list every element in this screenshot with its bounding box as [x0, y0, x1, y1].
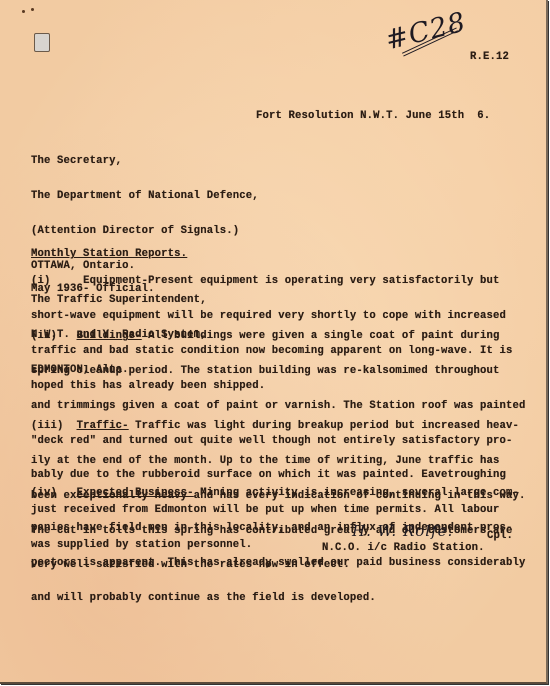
- dateline: Fort Resolution N.W.T. June 15th 6.: [256, 111, 490, 123]
- section-text: spring cleanup period. The station build…: [31, 366, 526, 378]
- section-text: Traffic was light during breakup period …: [129, 420, 519, 432]
- section-heading: Buildings-: [77, 330, 142, 342]
- section-text: pectors is apparent. This has already sw…: [31, 558, 526, 570]
- addressee-line: The Department of National Defence,: [31, 191, 259, 203]
- letter-page: #C28 R.E.12 Fort Resolution N.W.T. June …: [0, 0, 548, 684]
- ink-speck: [31, 8, 34, 11]
- section-number: (iv): [31, 487, 57, 499]
- section-number: (ii): [31, 330, 57, 342]
- punch-hole: [34, 33, 50, 52]
- section-text: Equipment-Present equipment is operating…: [51, 275, 500, 287]
- signer-title: N.C.O. i/c Radio Station.: [322, 543, 485, 555]
- signer-rank: Cpl.: [487, 531, 513, 543]
- section-heading: Expected Business-: [77, 487, 194, 499]
- section-number: (i): [31, 275, 51, 287]
- section-text: All buildings were given a single coat o…: [142, 330, 500, 342]
- addressee-line: The Secretary,: [31, 156, 259, 168]
- section-heading: Traffic-: [77, 420, 129, 432]
- section-text: and will probably continue as the field …: [31, 593, 526, 605]
- section-number: (iii): [31, 420, 64, 432]
- signature: H. W. Rolfe.: [352, 522, 453, 540]
- ink-speck: [22, 10, 25, 13]
- file-reference: R.E.12: [470, 52, 509, 64]
- section-text: Mining activity is increasing, several l…: [194, 487, 519, 499]
